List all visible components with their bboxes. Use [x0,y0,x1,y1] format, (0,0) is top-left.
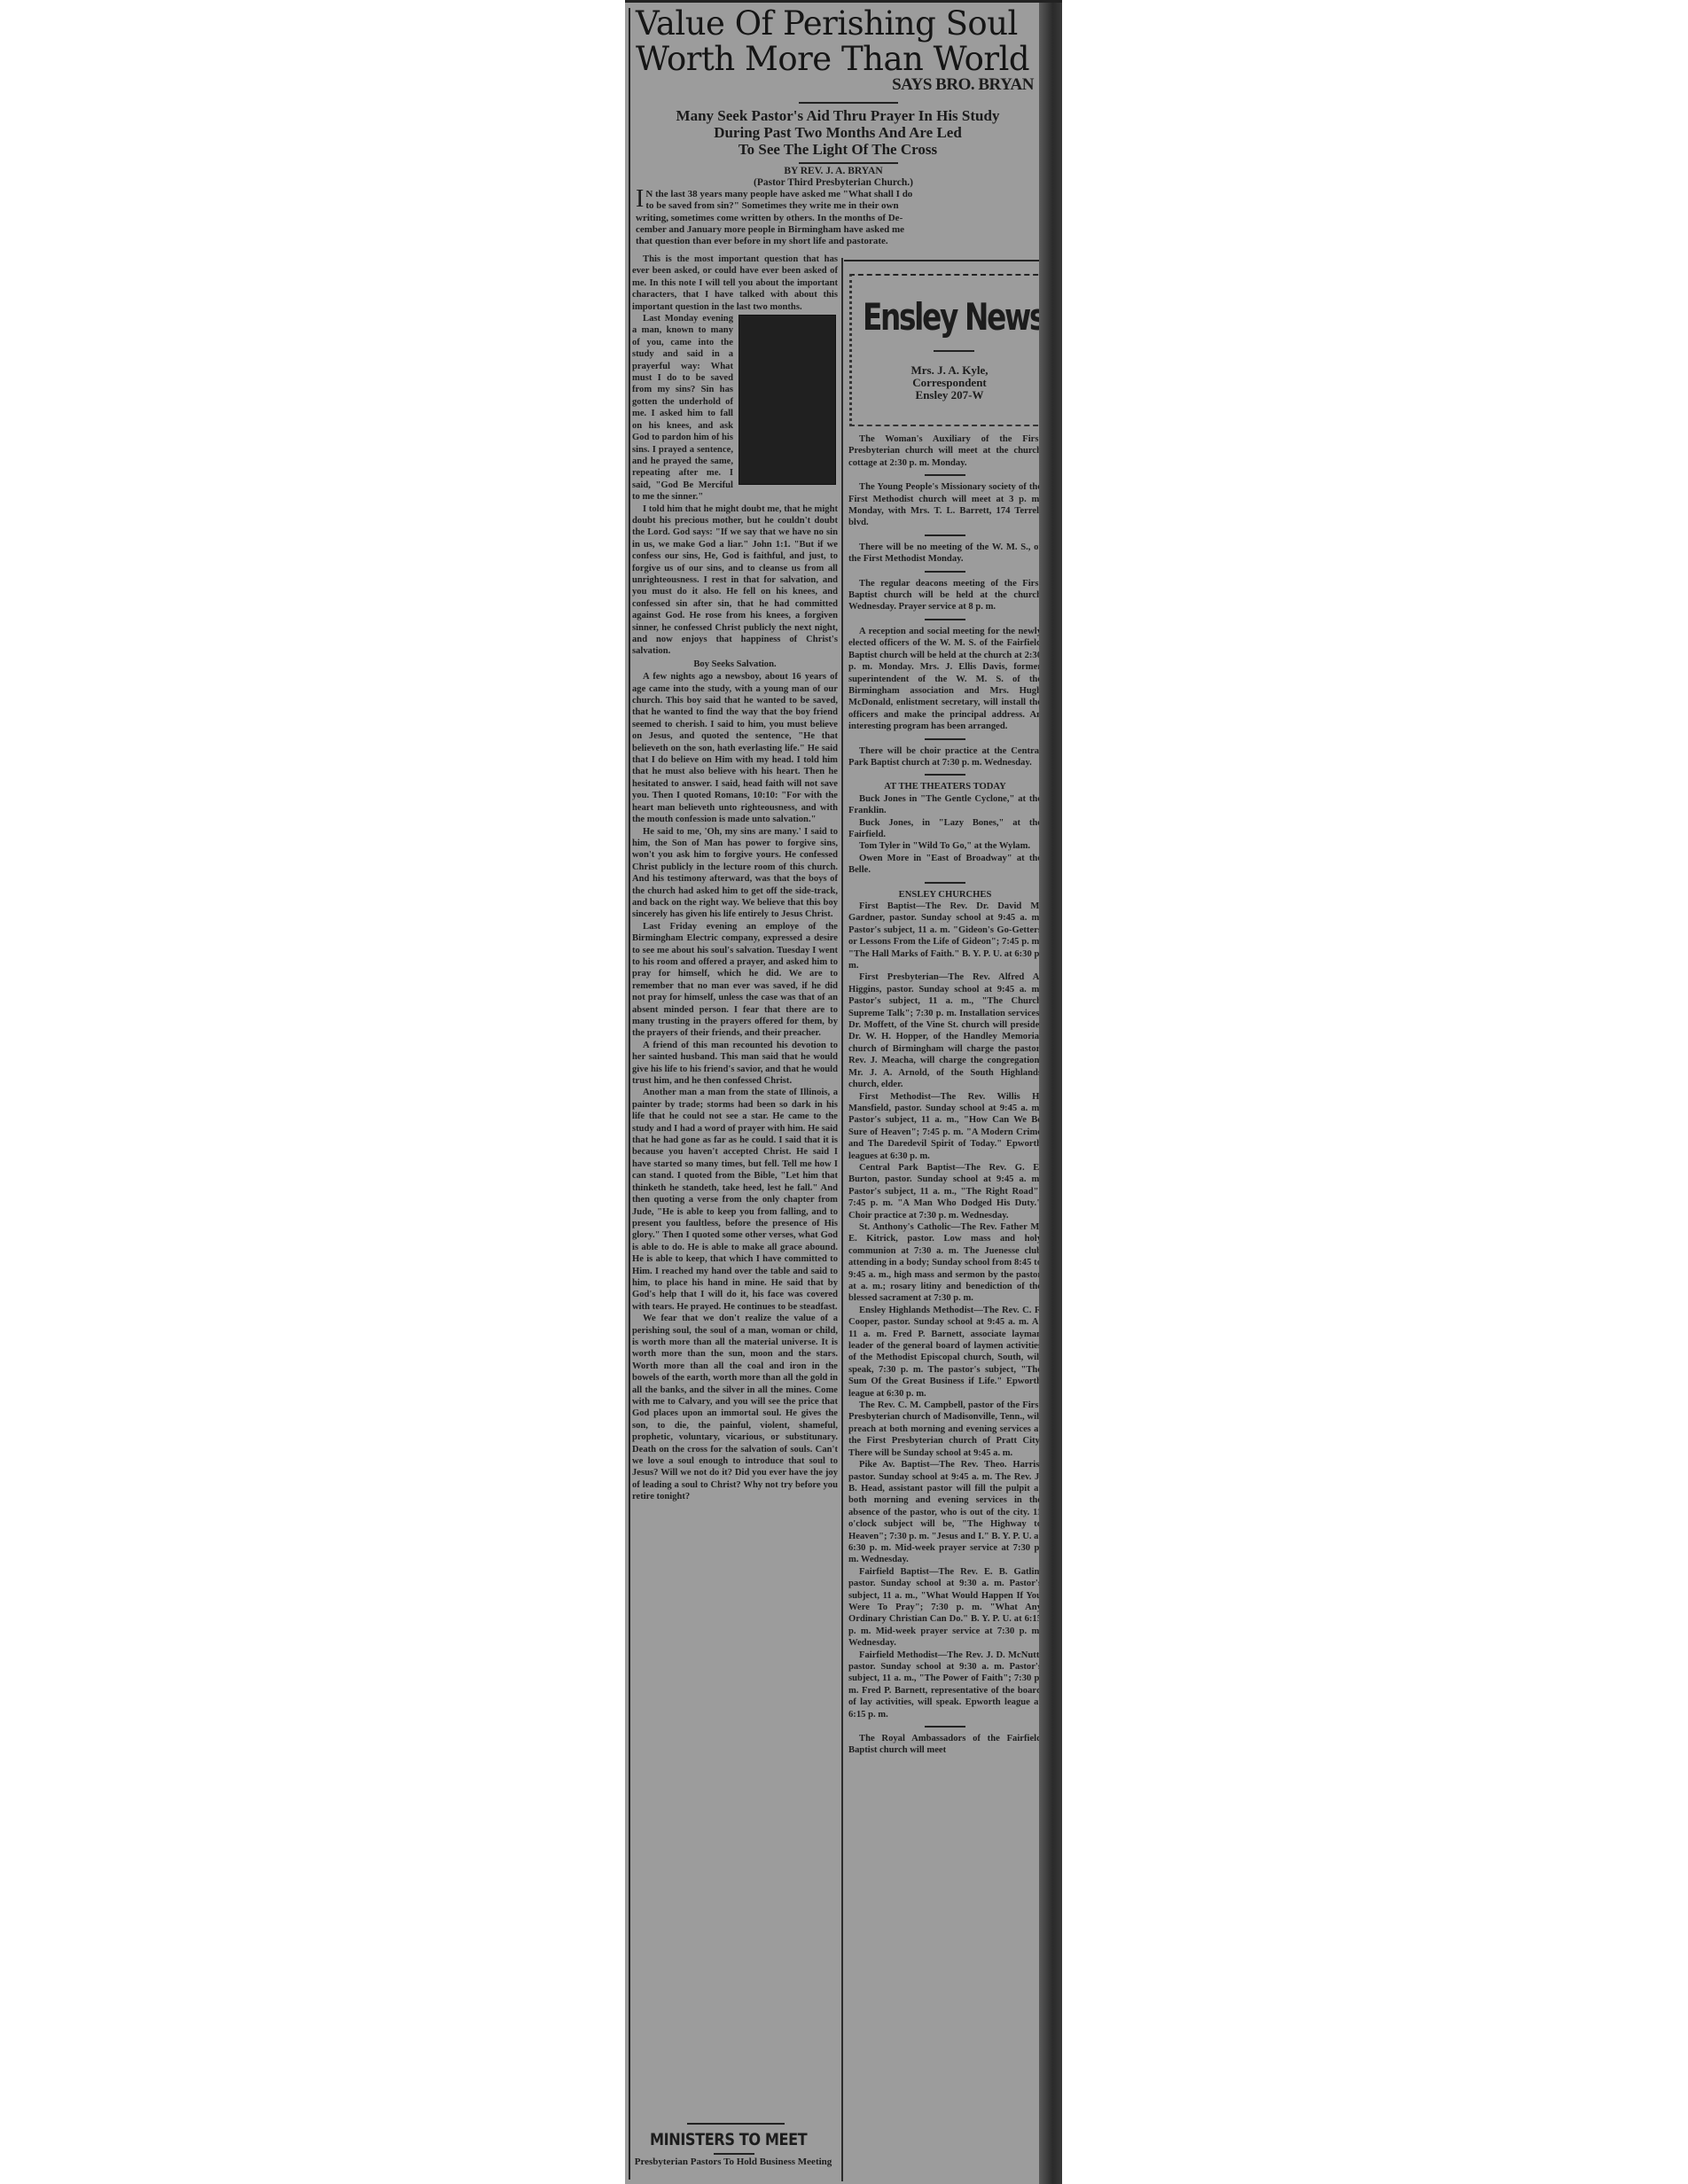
paragraph: We fear that we don't realize the value … [632,1313,838,1503]
church-listing: First Methodist—The Rev. Willis H. Mansf… [848,1091,1042,1162]
ensley-news-column: The Woman's Auxiliary of the First Presb… [848,433,1042,1757]
theater-listing: Buck Jones in "The Gentle Cyclone," at t… [848,793,1042,817]
paragraph: Last Friday evening an employe of the Bi… [632,921,838,1040]
news-item: There will be choir practice at the Cent… [848,745,1042,769]
correspondent-phone: Ensley 207-W [852,389,1047,402]
paragraph: I told him that he might doubt me, that … [632,503,838,658]
intro-line: N the last 38 years many people have ask… [636,189,1035,200]
churches-heading: ENSLEY CHURCHES [848,889,1042,901]
divider-rule [925,882,965,884]
church-listing: The Rev. C. M. Campbell, pastor of the F… [848,1400,1042,1459]
ensley-news-box: Ensley News Mrs. J. A. Kyle, Corresponde… [849,274,1047,426]
intro-paragraph: I N the last 38 years many people have a… [636,189,1035,247]
column-divider [841,258,843,2181]
headline: Value Of Perishing Soul Worth More Than … [636,6,1052,77]
church-listing: Pike Av. Baptist—The Rev. Theo. Harris, … [848,1459,1042,1566]
byline: BY REV. J. A. BRYAN [625,166,1042,177]
news-item: The Young People's Missionary society of… [848,481,1042,529]
paragraph: A friend of this man recounted his devot… [632,1040,838,1088]
church-listing: First Presbyterian—The Rev. Alfred A. Hi… [848,971,1042,1090]
church-listing: Fairfield Methodist—The Rev. J. D. McNut… [848,1650,1042,1720]
divider-rule [799,102,898,104]
divider-rule [925,474,965,476]
news-item: A reception and social meeting for the n… [848,626,1042,733]
deck-line: Many Seek Pastor's Aid Thru Prayer In Hi… [634,107,1042,124]
church-listing: Central Park Baptist—The Rev. G. E. Burt… [848,1162,1042,1221]
intro-line: that question than ever before in my sho… [636,236,1035,247]
paragraph: He said to me, 'Oh, my sins are many.' I… [632,826,838,921]
left-border-rule [629,8,630,2180]
box-top-rule [844,260,1043,261]
divider-rule [925,738,965,740]
theaters-heading: AT THE THEATERS TODAY [848,781,1042,792]
subhead: Boy Seeks Salvation. [632,659,838,670]
deck: Many Seek Pastor's Aid Thru Prayer In Hi… [634,107,1042,158]
divider-rule [714,2153,754,2155]
news-item: The regular deacons meeting of the First… [848,578,1042,613]
intro-line: to be saved from sin?" Sometimes they wr… [636,200,1035,212]
correspondent-role: Correspondent [852,377,1047,389]
church-listing: First Baptist—The Rev. Dr. David M. Gard… [848,901,1042,971]
pastor-photo [738,315,836,485]
ministers-headline: MINISTERS TO MEET [650,2130,807,2149]
paragraph: Another man a man from the state of Illi… [632,1087,838,1313]
divider-rule [925,619,965,620]
headline-line-1: Value Of Perishing Soul [636,6,1052,42]
church-listing: St. Anthony's Catholic—The Rev. Father M… [848,1221,1042,1305]
theater-listing: Tom Tyler in "Wild To Go," at the Wylam. [848,840,1042,852]
divider-rule [925,1726,965,1728]
intro-line: writing, sometimes come written by other… [636,213,1035,224]
kicker: SAYS BRO. BRYAN [892,75,1034,95]
theater-listing: Buck Jones, in "Lazy Bones," at the Fair… [848,817,1042,841]
article-body: This is the most important question that… [632,253,838,1503]
divider-rule [925,774,965,776]
divider-rule [934,350,974,352]
church-listing: Fairfield Baptist—The Rev. E. B. Gatlin,… [848,1566,1042,1650]
intro-line: cember and January more people in Birmin… [636,224,1035,236]
church-listing: Ensley Highlands Methodist—The Rev. C. F… [848,1305,1042,1400]
correspondent-name: Mrs. J. A. Kyle, [852,364,1047,377]
news-item: There will be no meeting of the W. M. S.… [848,542,1042,565]
paragraph: This is the most important question that… [632,253,838,313]
byline-title: (Pastor Third Presbyterian Church.) [625,177,1042,189]
drop-cap: I [636,189,644,210]
ensley-news-title: Ensley News [863,295,1044,339]
news-item: The Woman's Auxiliary of the First Presb… [848,433,1042,469]
divider-rule [799,162,898,164]
news-item: The Royal Ambassadors of the Fairfield B… [848,1733,1042,1757]
divider-rule [925,571,965,573]
ministers-subhead: Presbyterian Pastors To Hold Business Me… [630,2157,836,2167]
deck-line: To See The Light Of The Cross [634,141,1042,158]
paragraph: A few nights ago a newsboy, about 16 yea… [632,671,838,825]
theater-listing: Owen More in "East of Broadway" at the B… [848,853,1042,877]
correspondent-block: Mrs. J. A. Kyle, Correspondent Ensley 20… [852,364,1047,402]
newspaper-clipping: Value Of Perishing Soul Worth More Than … [625,0,1062,2184]
divider-rule [687,2123,785,2125]
headline-line-2: Worth More Than World [636,42,1052,77]
divider-rule [925,534,965,536]
deck-line: During Past Two Months And Are Led [634,124,1042,141]
